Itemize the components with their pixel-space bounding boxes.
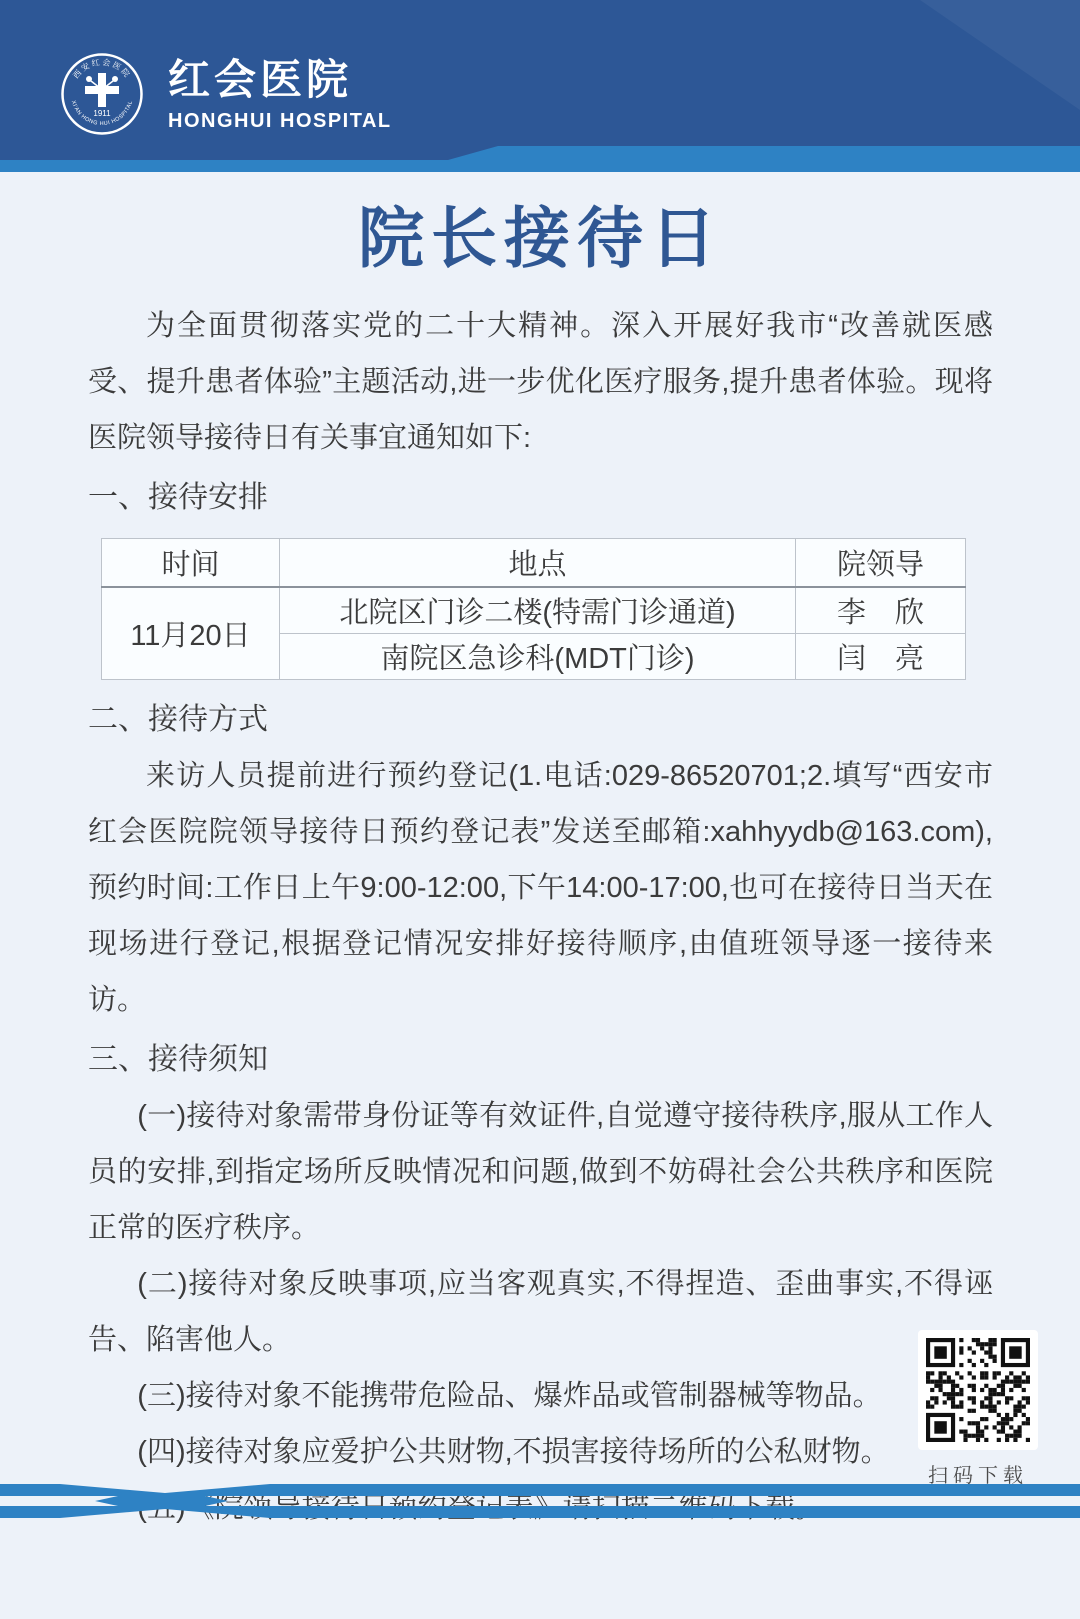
brand-name-chinese: 红会医院 bbox=[168, 56, 392, 104]
poster-page: 西安红会医院 XI'AN HONG HUI HOSPITAL 1911 红会医院… bbox=[0, 0, 1080, 1619]
col-header-leader: 院领导 bbox=[796, 539, 966, 588]
schedule-leader-cell: 李 欣 bbox=[796, 587, 966, 634]
notice-item-2: (二)接待对象反映事项,应当客观真实,不得捏造、歪曲事实,不得诬告、陷害他人。 bbox=[88, 1256, 993, 1368]
section3-heading: 三、接待须知 bbox=[88, 1032, 993, 1088]
col-header-location: 地点 bbox=[280, 539, 796, 588]
section2-paragraph: 来访人员提前进行预约登记(1.电话:029-86520701;2.填写“西安市红… bbox=[88, 748, 993, 1028]
schedule-date-cell: 11月20日 bbox=[102, 587, 280, 680]
seal-year-text: 1911 bbox=[93, 109, 111, 118]
notice-item-1: (一)接待对象需带身份证等有效证件,自觉遵守接待秩序,服从工作人员的安排,到指定… bbox=[88, 1088, 993, 1256]
table-row: 11月20日 北院区门诊二楼(特需门诊通道) 李 欣 bbox=[102, 587, 966, 634]
schedule-leader-cell: 闫 亮 bbox=[796, 634, 966, 680]
brand-name-english: HONGHUI HOSPITAL bbox=[168, 110, 392, 132]
col-header-time: 时间 bbox=[102, 539, 280, 588]
schedule-location-cell: 南院区急诊科(MDT门诊) bbox=[280, 634, 796, 680]
brand-text-block: 红会医院 HONGHUI HOSPITAL bbox=[168, 56, 392, 132]
header-banner: 西安红会医院 XI'AN HONG HUI HOSPITAL 1911 红会医院… bbox=[0, 0, 1080, 172]
reception-schedule-table: 时间 地点 院领导 11月20日 北院区门诊二楼(特需门诊通道) 李 欣 南院区… bbox=[101, 538, 966, 680]
footer-ribbon-divider bbox=[0, 1480, 1080, 1520]
notice-item-3: (三)接待对象不能携带危险品、爆炸品或管制器械等物品。 bbox=[88, 1368, 993, 1424]
qr-code-box bbox=[918, 1330, 1038, 1450]
hospital-logo: 西安红会医院 XI'AN HONG HUI HOSPITAL 1911 红会医院… bbox=[60, 52, 392, 136]
section1-heading: 一、接待安排 bbox=[88, 470, 993, 526]
page-title: 院长接待日 bbox=[88, 198, 993, 278]
qr-download-block: 扫码下载 bbox=[916, 1330, 1040, 1488]
intro-paragraph: 为全面贯彻落实党的二十大精神。深入开展好我市“改善就医感受、提升患者体验”主题活… bbox=[88, 298, 993, 466]
table-header-row: 时间 地点 院领导 bbox=[102, 539, 966, 588]
schedule-location-cell: 北院区门诊二楼(特需门诊通道) bbox=[280, 587, 796, 634]
section2-heading: 二、接待方式 bbox=[88, 692, 993, 748]
qr-code-svg bbox=[926, 1338, 1030, 1442]
hospital-seal-icon: 西安红会医院 XI'AN HONG HUI HOSPITAL 1911 bbox=[60, 52, 144, 136]
notice-item-4: (四)接待对象应爱护公共财物,不损害接待场所的公私财物。 bbox=[88, 1424, 993, 1480]
